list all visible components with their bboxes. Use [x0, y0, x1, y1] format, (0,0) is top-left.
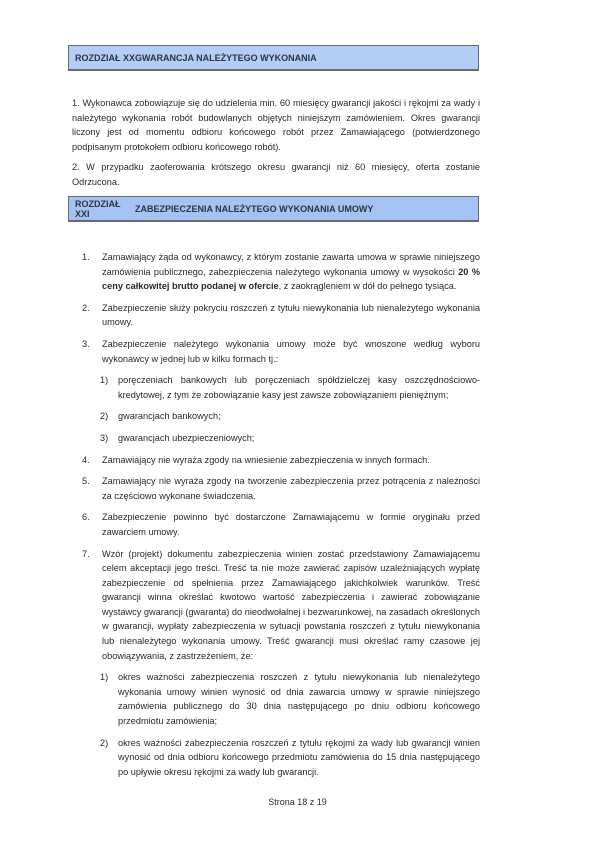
list-item: 7.Wzór (projekt) dokumentu zabezpieczeni…	[82, 547, 480, 664]
list-item: 6.Zabezpieczenie powinno być dostarczone…	[82, 510, 480, 539]
chapter-title: ZABEZPIECZENIA NALEŻYTEGO WYKONANIA UMOW…	[135, 204, 373, 214]
chapter-number: ROZDZIAŁ XXI	[69, 199, 135, 219]
sub-item: 1)okres ważności zabezpieczenia roszczeń…	[100, 670, 480, 728]
paragraph: 2. W przypadku zaoferowania krótszego ok…	[72, 160, 480, 189]
chapter-21-header: ROZDZIAŁ XXI ZABEZPIECZENIA NALEŻYTEGO W…	[68, 196, 479, 222]
chapter-20-body: 1. Wykonawca zobowiązuje się do udzielen…	[72, 96, 480, 196]
sub-item: 2)okres ważności zabezpieczenia roszczeń…	[100, 736, 480, 780]
chapter-21-list: 1. Zamawiający żąda od wykonawcy, z któr…	[82, 250, 480, 786]
chapter-number: ROZDZIAŁ XX	[69, 53, 135, 63]
sub-item: 3)gwarancjach ubezpieczeniowych;	[100, 431, 480, 446]
chapter-title: GWARANCJA NALEŻYTEGO WYKONANIA	[135, 53, 317, 63]
list-item: 1. Zamawiający żąda od wykonawcy, z któr…	[82, 250, 480, 294]
paragraph: 1. Wykonawca zobowiązuje się do udzielen…	[72, 96, 480, 154]
sub-item: 1)poręczeniach bankowych lub poręczeniac…	[100, 373, 480, 402]
list-item: 5.Zamawiający nie wyraża zgody na tworze…	[82, 474, 480, 503]
sub-item: 2)gwarancjach bankowych;	[100, 409, 480, 424]
list-item: 4.Zamawiający nie wyraża zgody na wniesi…	[82, 453, 480, 468]
chapter-20-header: ROZDZIAŁ XX GWARANCJA NALEŻYTEGO WYKONAN…	[68, 45, 479, 71]
list-item: 3. Zabezpieczenie należytego wykonania u…	[82, 337, 480, 366]
list-item: 2. Zabezpieczenie służy pokryciu roszcze…	[82, 301, 480, 330]
page-number: Strona 18 z 19	[0, 797, 595, 807]
